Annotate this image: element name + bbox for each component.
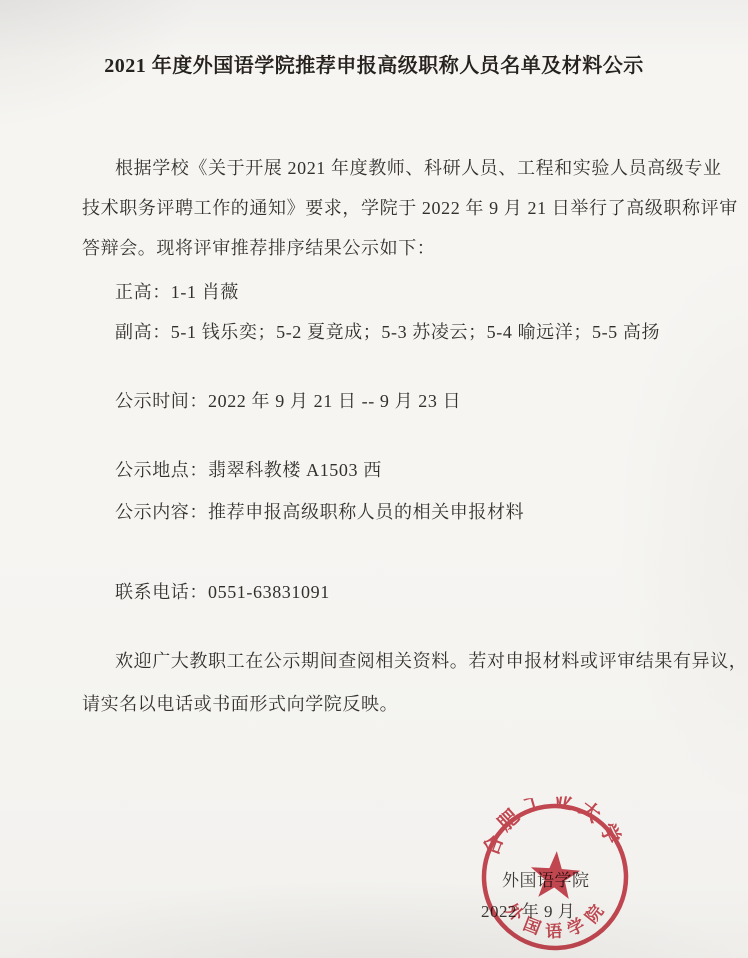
list-item-fugao: 副高：5-1 钱乐奕；5-2 夏竟成；5-3 苏凌云；5-4 喻远洋；5-5 高…: [115, 319, 690, 345]
closing-line1: 欢迎广大教职工在公示期间查阅相关资料。若对申报材料或评审结果有异议，: [115, 648, 690, 674]
seal-svg: 合肥工业大学 外国语学院: [471, 793, 639, 958]
official-seal-stamp: 合肥工业大学 外国语学院: [471, 793, 639, 958]
seal-star-icon: [529, 849, 582, 899]
list-item-zhenggao: 正高：1-1 肖薇: [115, 279, 690, 305]
seal-top-arc-text: 合肥工业大学: [475, 793, 628, 860]
body-paragraph1-line1: 根据学校《关于开展 2021 年度教师、科研人员、工程和实验人员高级专业: [115, 155, 690, 181]
closing-line2: 请实名以电话或书面形式向学院反映。: [82, 691, 690, 717]
field-show-time: 公示时间：2022 年 9 月 21 日 -- 9 月 23 日: [115, 388, 690, 414]
field-contact-phone: 联系电话：0551-63831091: [115, 579, 690, 605]
seal-top-arc-textpath: 合肥工业大学: [475, 793, 628, 860]
field-show-content: 公示内容：推荐申报高级职称人员的相关申报材料: [115, 499, 690, 525]
body-paragraph1-line2: 技术职务评聘工作的通知》要求，学院于 2022 年 9 月 21 日举行了高级职…: [82, 195, 690, 221]
field-show-place: 公示地点：翡翠科教楼 A1503 西: [115, 457, 690, 483]
body-paragraph1-line3: 答辩会。现将评审推荐排序结果公示如下：: [82, 235, 690, 261]
scanned-announcement-page: 2021 年度外国语学院推荐申报高级职称人员名单及材料公示 根据学校《关于开展 …: [0, 0, 748, 958]
document-title: 2021 年度外国语学院推荐申报高级职称人员名单及材料公示: [0, 52, 748, 80]
